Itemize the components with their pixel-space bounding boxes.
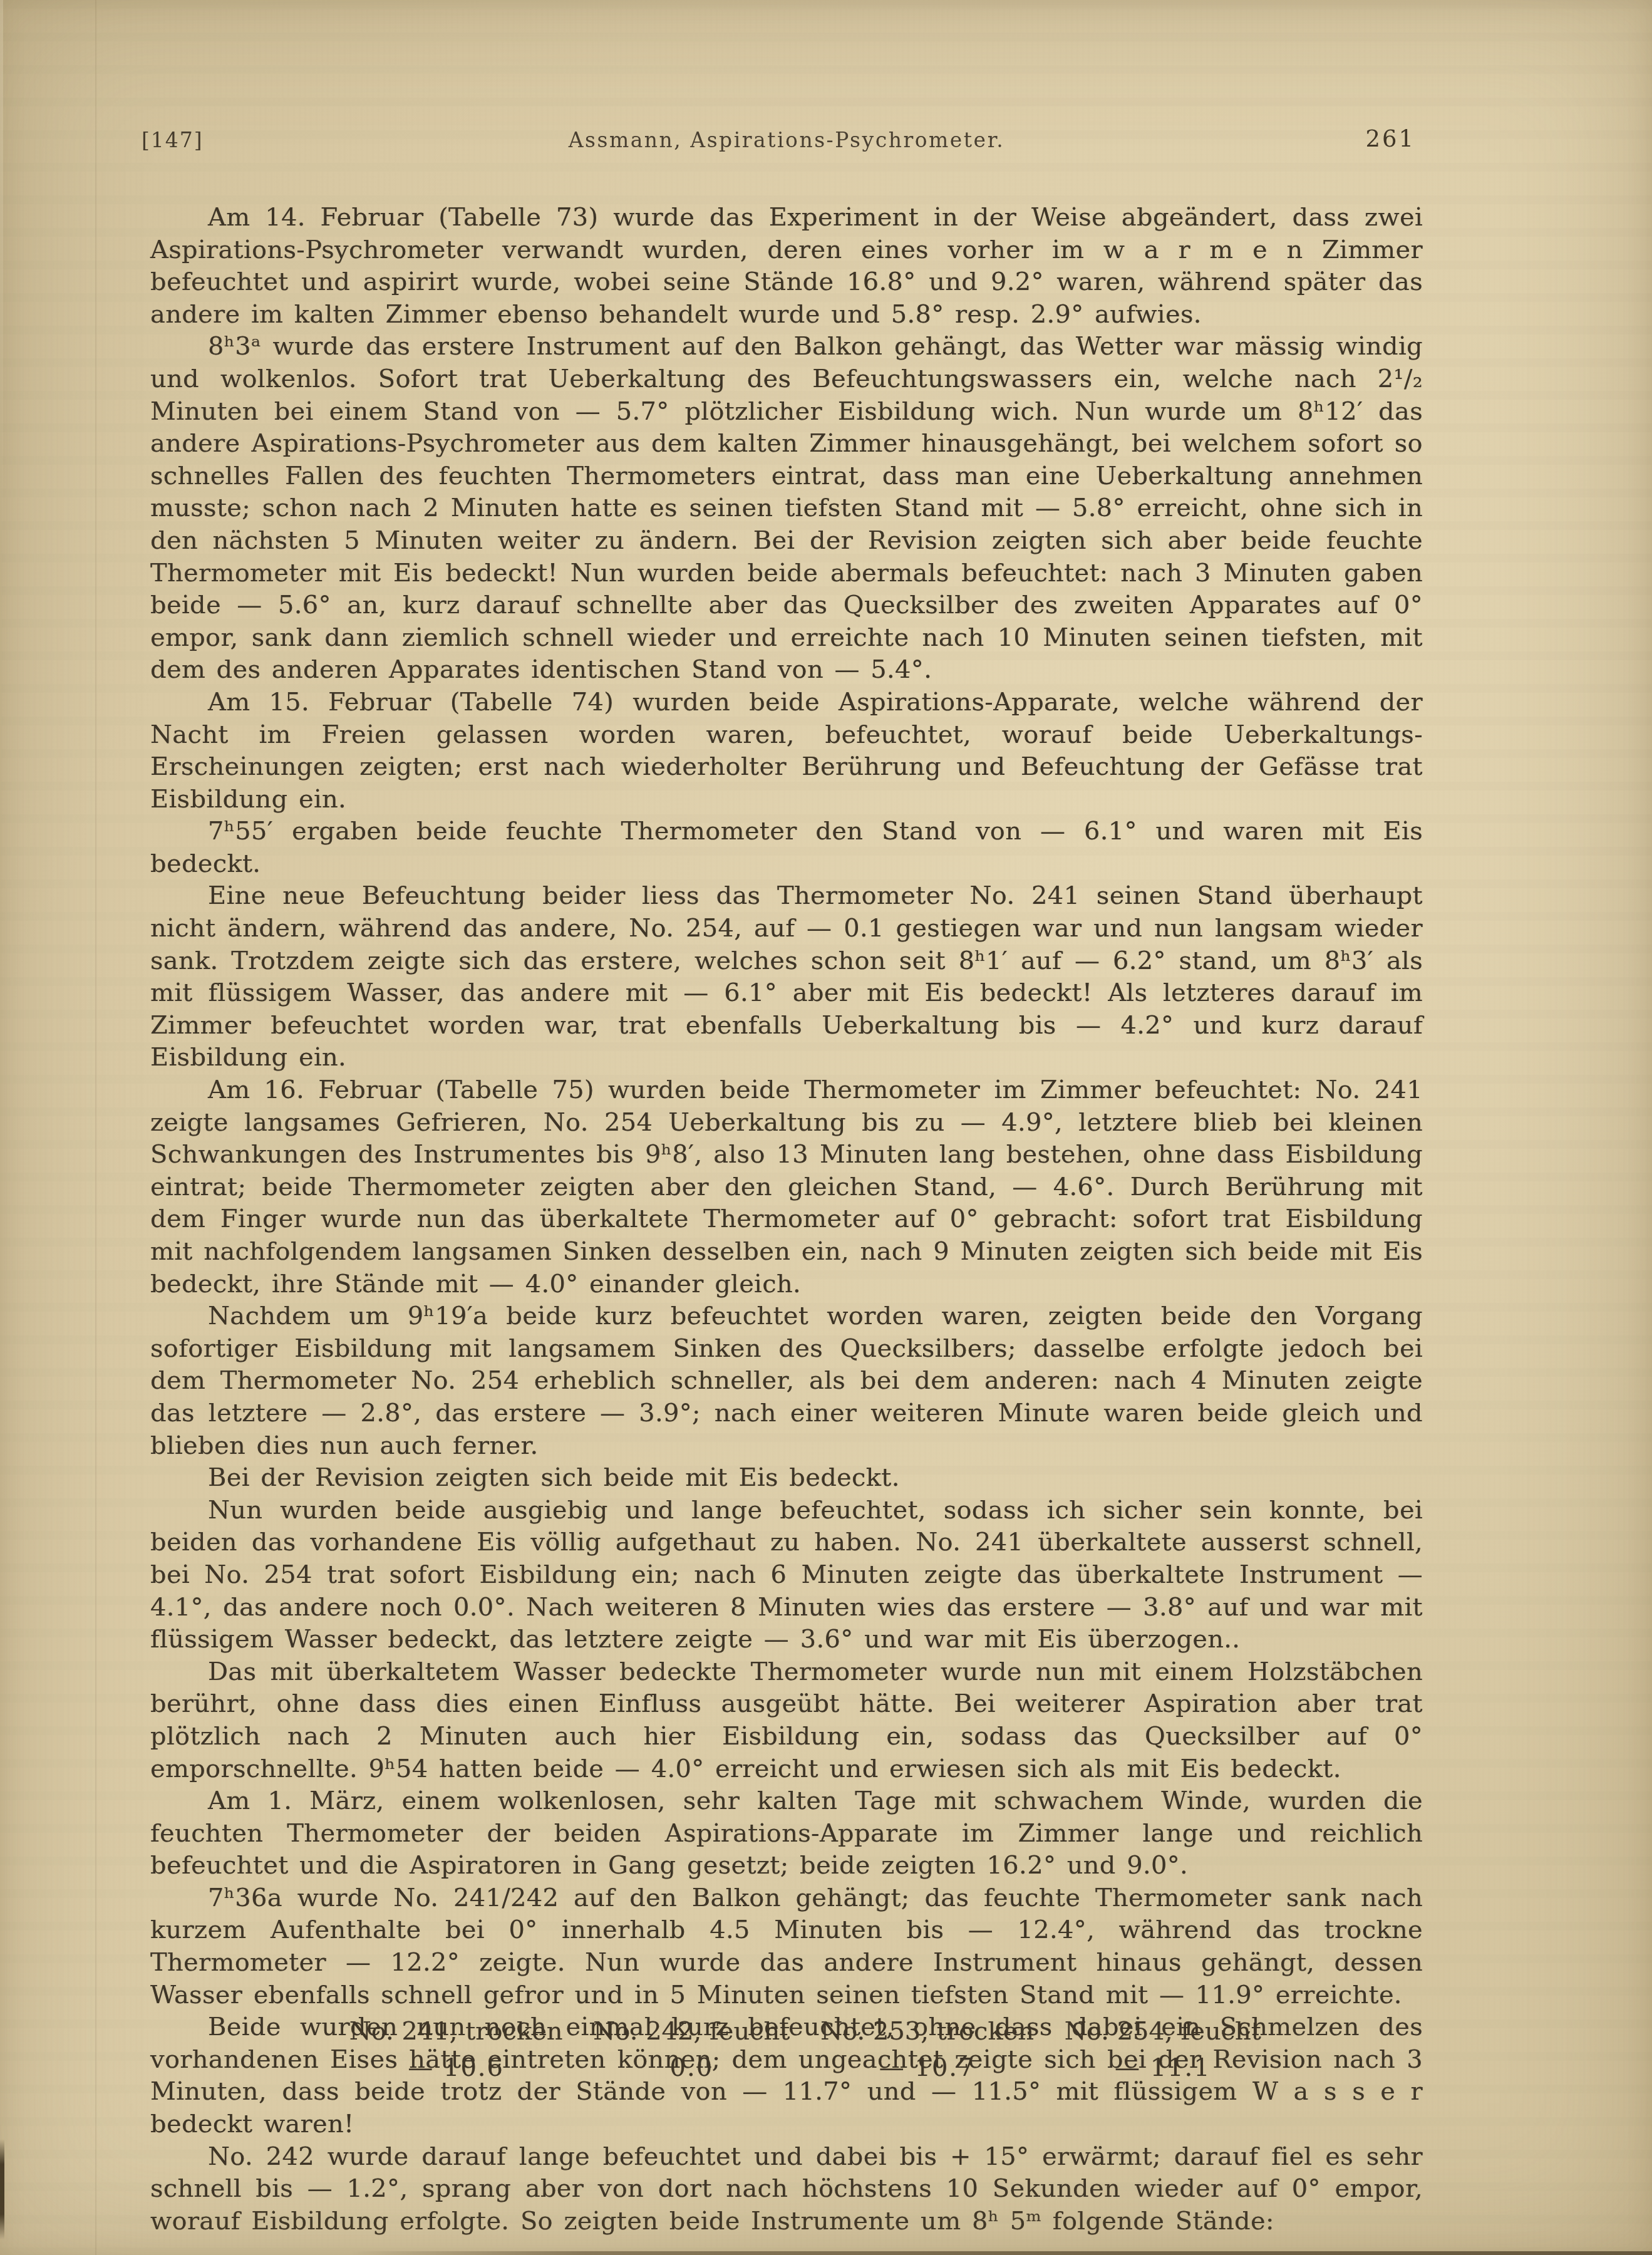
stands-table: No. 241, trocken— 10.6No. 242, feucht0.0… [338, 2016, 1281, 2084]
paragraph: Nun wurden beide ausgiebig und lange bef… [150, 1495, 1423, 1656]
table-column-header: No. 242, feucht [574, 2016, 809, 2048]
table-column: No. 254, feucht— 11.1 [1045, 2016, 1281, 2084]
paragraph: 8ʰ3ᵃ wurde das erstere Instrument auf de… [150, 331, 1423, 687]
paper-fold-line [95, 0, 96, 2255]
table-column-header: No. 253, trocken [810, 2016, 1045, 2048]
table-column-header: No. 241, trocken [338, 2016, 574, 2048]
table-column-value: — 11.1 [1045, 2052, 1281, 2085]
paragraph: Am 1. März, einem wolkenlosen, sehr kalt… [150, 1785, 1423, 1882]
table-column: No. 242, feucht0.0 [574, 2016, 809, 2084]
paragraph: 7ʰ55′ ergaben beide feuchte Thermometer … [150, 816, 1423, 880]
paragraph: Am 16. Februar (Tabelle 75) wurden beide… [150, 1074, 1423, 1300]
table-column-header: No. 254, feucht [1045, 2016, 1281, 2048]
body-text: Am 14. Februar (Tabelle 73) wurde das Ex… [150, 202, 1423, 2237]
scan-edge-highlight [0, 0, 3, 564]
page-header: [147] Assmann, Aspirations-Psychrometer.… [150, 125, 1423, 159]
table-column-value: — 10.6 [338, 2052, 574, 2085]
running-title: Assmann, Aspirations-Psychrometer. [150, 128, 1423, 152]
paragraph: Das mit überkaltetem Wasser bedeckte The… [150, 1656, 1423, 1785]
table-column: No. 241, trocken— 10.6 [338, 2016, 574, 2084]
scan-edge-artifact-left [0, 2139, 4, 2239]
paragraph: Nachdem um 9ʰ19′a beide kurz befeuchtet … [150, 1300, 1423, 1462]
paragraph: Bei der Revision zeigten sich beide mit … [150, 1462, 1423, 1495]
paragraph: Am 14. Februar (Tabelle 73) wurde das Ex… [150, 202, 1423, 331]
table-column-value: 0.0 [574, 2052, 809, 2085]
page-number: 261 [1365, 125, 1415, 152]
table-column-value: — 10.7 [810, 2052, 1045, 2085]
scan-edge-artifact-bottom [351, 2251, 1652, 2255]
paragraph: 7ʰ36a wurde No. 241/242 auf den Balkon g… [150, 1882, 1423, 2011]
scanned-document-page: [147] Assmann, Aspirations-Psychrometer.… [0, 0, 1652, 2255]
paragraph: Eine neue Befeuchtung beider liess das T… [150, 880, 1423, 1074]
table-column: No. 253, trocken— 10.7 [810, 2016, 1045, 2084]
paragraph: Am 15. Februar (Tabelle 74) wurden beide… [150, 687, 1423, 816]
paragraph: No. 242 wurde darauf lange befeuchtet un… [150, 2141, 1423, 2238]
